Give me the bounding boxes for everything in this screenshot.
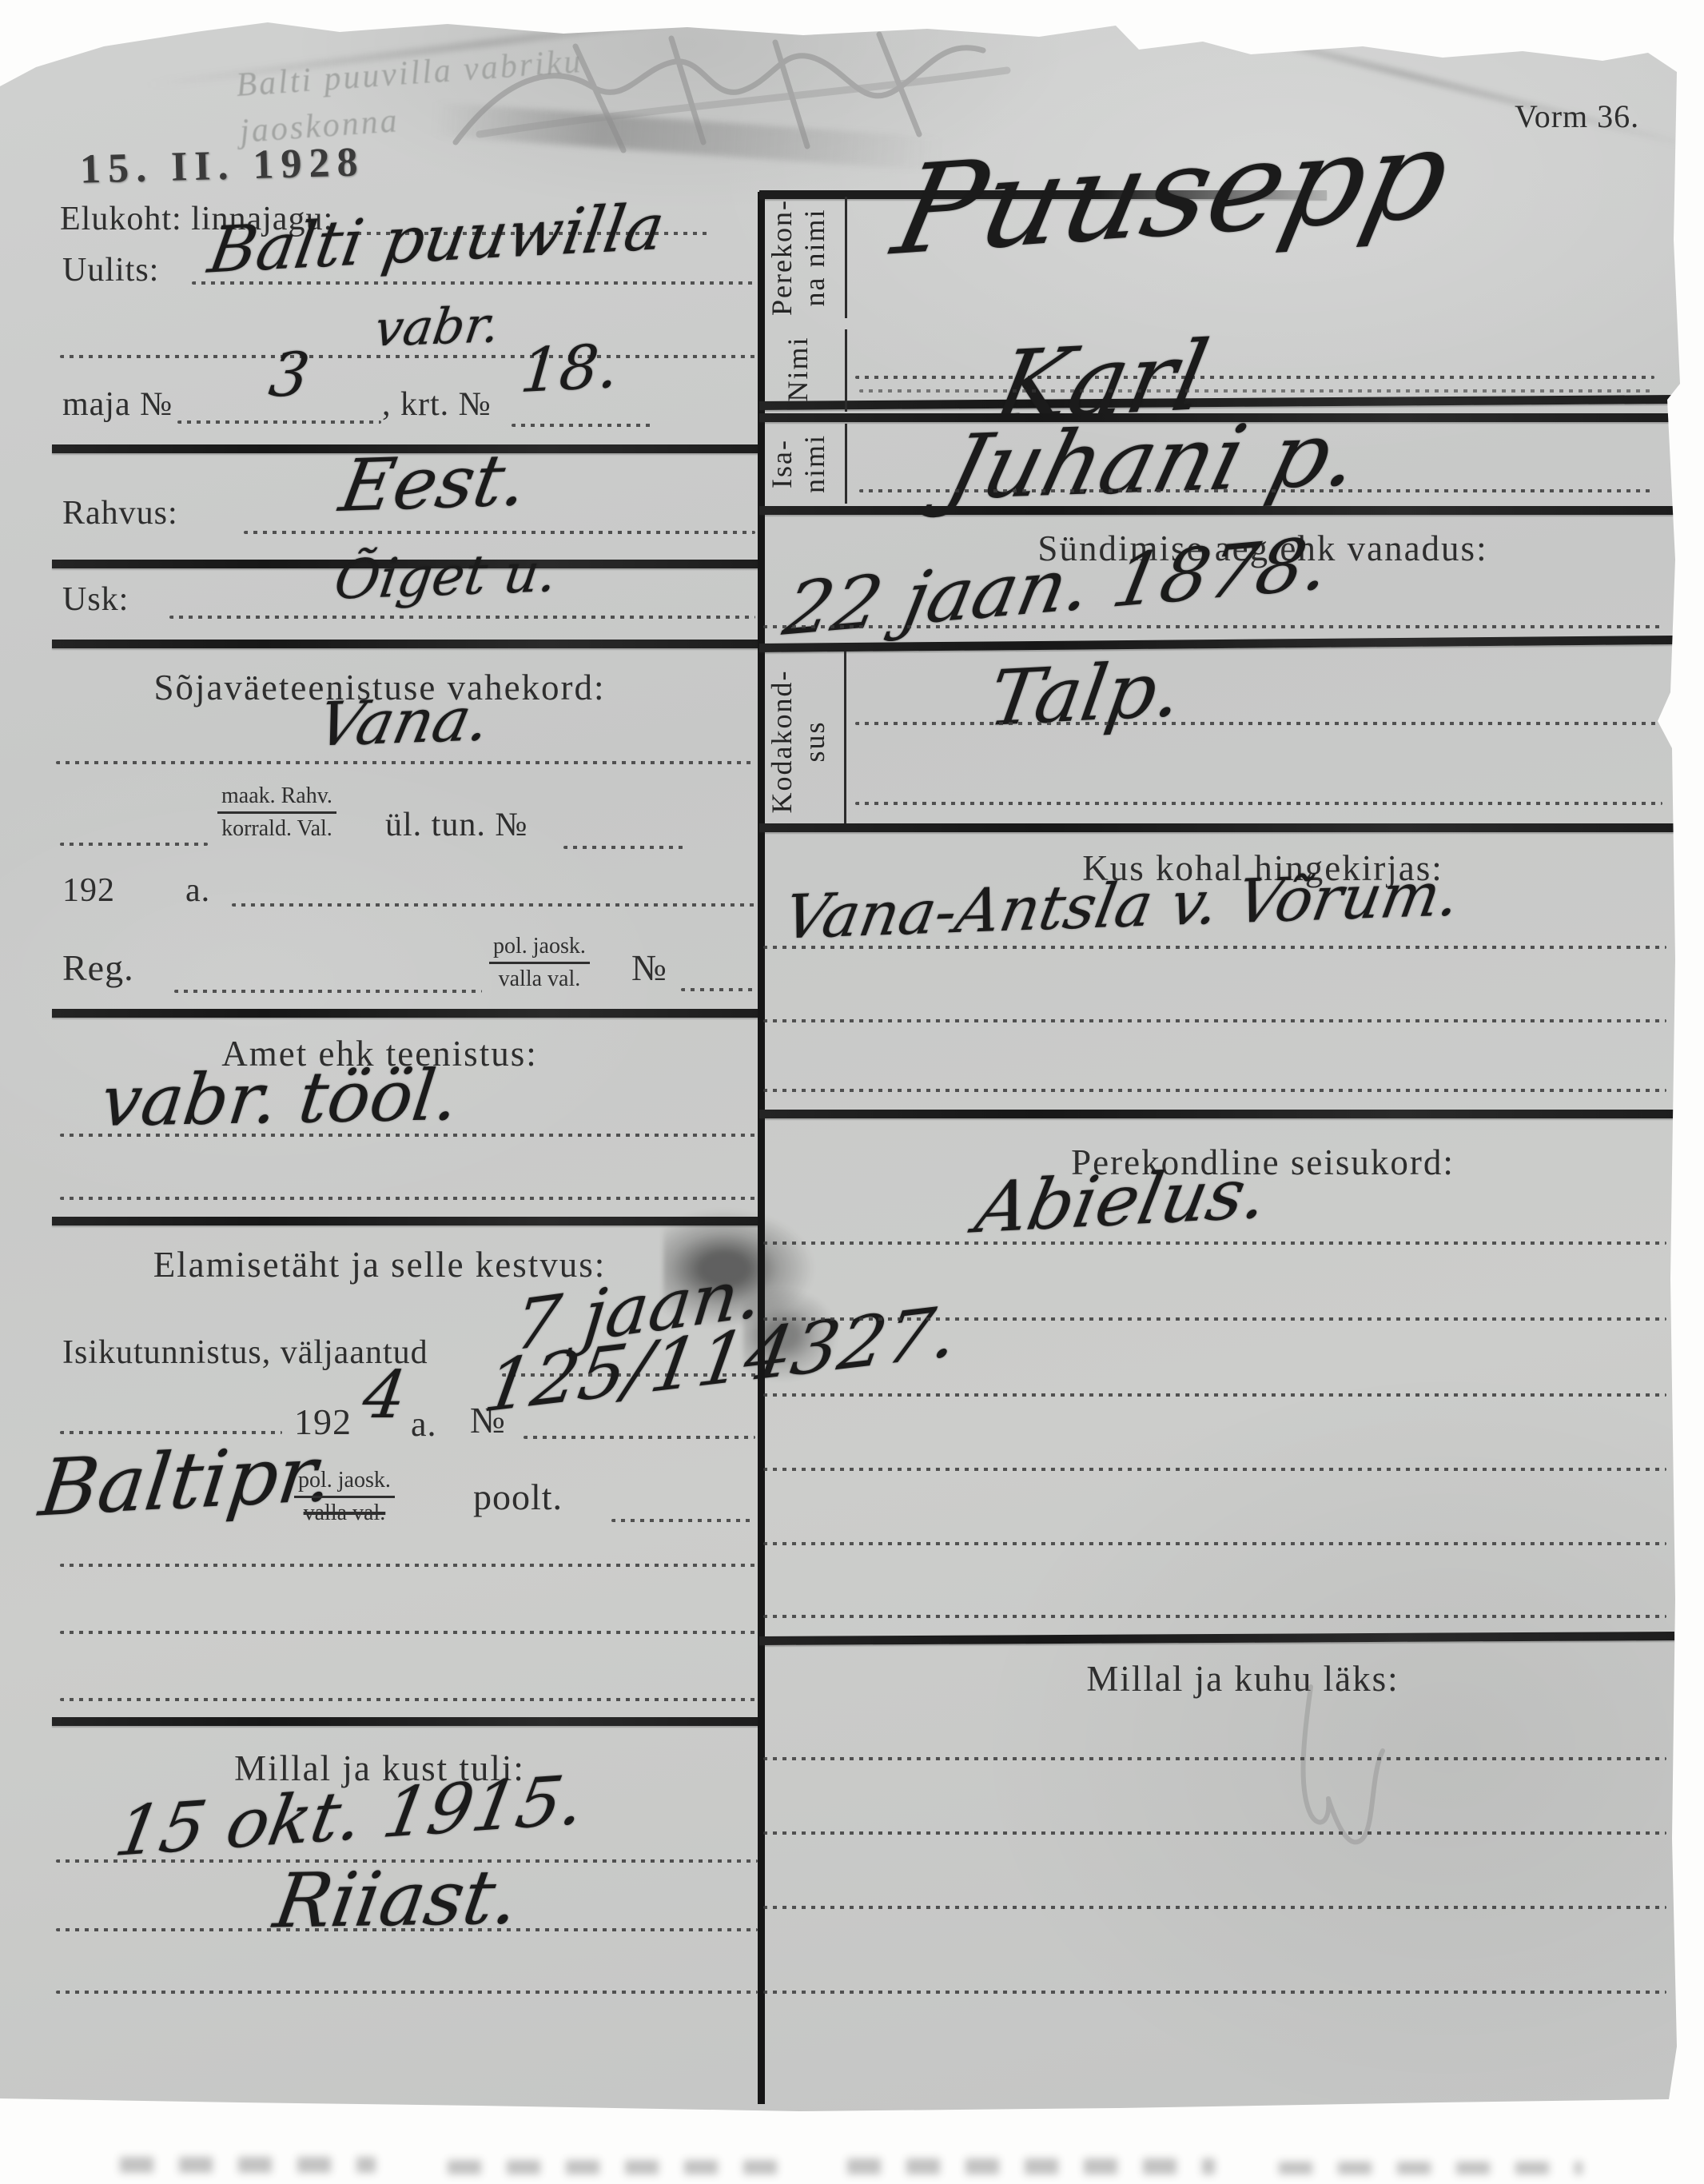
- dotted-line: [60, 1197, 757, 1200]
- dotted-line: [60, 1564, 755, 1567]
- usk-value: Õiget u.: [331, 541, 561, 612]
- dotted-line: [763, 1317, 1666, 1321]
- dotted-line: [763, 1831, 1666, 1835]
- year-suffix: a.: [185, 871, 210, 910]
- dotted-line: [60, 843, 208, 846]
- dotted-line: [763, 1019, 1666, 1022]
- dotted-line: [611, 1519, 755, 1522]
- krt-value: 18.: [518, 330, 621, 406]
- sojavae-value: Vana.: [312, 683, 497, 759]
- dotted-line: [763, 1615, 1666, 1618]
- nimi-label: Nimi: [782, 326, 814, 412]
- ul-tun-label: ül. tun. №: [385, 806, 528, 844]
- amet-value: vabr. tööl.: [97, 1054, 463, 1142]
- rule-thin-vertical: [845, 197, 847, 318]
- dotted-line: [855, 802, 1662, 805]
- rule-thick: [759, 1632, 1674, 1645]
- dotted-line: [60, 1698, 755, 1701]
- maja-value: 3: [265, 339, 314, 410]
- pol-fraction: pol. jaosk. valla val.: [489, 934, 590, 992]
- rule-thick: [759, 506, 1674, 515]
- dotted-line: [859, 389, 1650, 393]
- dotted-line: [763, 1757, 1666, 1760]
- isanimi-value: Juhani p.: [936, 402, 1371, 520]
- scan-smudge: [847, 2158, 1215, 2174]
- dotted-line: [763, 1241, 1666, 1245]
- usk-label: Usk:: [62, 580, 129, 619]
- dotted-line: [763, 1393, 1666, 1397]
- dotted-line: [60, 1134, 757, 1137]
- dotted-line: [177, 420, 381, 424]
- rule-thin-vertical: [845, 329, 847, 412]
- pol2-fraction: pol. jaosk. valla val.: [294, 1468, 395, 1526]
- rahvus-value: Eest.: [334, 438, 534, 528]
- dotted-line: [56, 1928, 758, 1931]
- maak-fraction: maak. Rahv. korrald. Val.: [217, 783, 336, 842]
- seisukord-value: Abielus.: [969, 1152, 1275, 1249]
- dotted-line: [855, 376, 1654, 379]
- millal-tuli-from: Riiast.: [269, 1854, 525, 1945]
- rule-thin-vertical: [844, 652, 846, 831]
- dotted-line: [763, 1542, 1666, 1545]
- scanned-form-page: Balti puuvilla vabriku jaoskonna 15. II.…: [0, 0, 1704, 2184]
- dotted-line: [563, 846, 683, 849]
- dotted-line: [232, 903, 755, 907]
- paper-sheet: Balti puuvilla vabriku jaoskonna 15. II.…: [0, 0, 1704, 2184]
- form-number: Vorm 36.: [1515, 98, 1639, 135]
- dotted-line: [859, 489, 1650, 492]
- kodakondsus-label: Kodakond- sus: [766, 652, 831, 831]
- uulits-label: Uulits:: [62, 251, 159, 289]
- isanimi-label: Isa- nimi: [766, 422, 831, 505]
- rule-thick: [759, 1110, 1674, 1118]
- reg-label: Reg.: [62, 947, 134, 989]
- poolt-label: poolt.: [473, 1476, 563, 1518]
- dotted-line: [681, 988, 755, 991]
- dotted-line: [60, 355, 755, 358]
- dotted-line: [174, 990, 482, 993]
- kodakondsus-value: Talp.: [983, 644, 1188, 743]
- rule-thick: [52, 1009, 759, 1018]
- scan-smudge: [120, 2157, 376, 2173]
- laks-heading: Millal ja kuhu läks:: [863, 1658, 1622, 1700]
- year2-suffix: a.: [411, 1404, 437, 1445]
- dotted-line: [512, 424, 651, 427]
- dotted-line: [763, 946, 1666, 949]
- uulits-value-2: vabr.: [371, 295, 503, 357]
- rahvus-label: Rahvus:: [62, 494, 178, 532]
- dotted-line: [763, 1468, 1666, 1471]
- dotted-line: [60, 1631, 755, 1634]
- rule-thin-vertical: [845, 424, 847, 504]
- dotted-line: [169, 616, 755, 619]
- dotted-line: [524, 1436, 755, 1439]
- scan-smudge: [1279, 2162, 1583, 2174]
- column-divider: [758, 192, 765, 2104]
- issuer-value: Baltipr.: [35, 1429, 338, 1535]
- dotted-line: [56, 761, 755, 764]
- dotted-line: [244, 531, 755, 534]
- perekonnanimi-label: Perekon- na nimi: [766, 193, 831, 321]
- scan-smudge: [448, 2160, 783, 2174]
- date-stamp: 15. II. 1928: [79, 138, 365, 193]
- dotted-line: [763, 1089, 1666, 1092]
- rule-thick: [759, 823, 1674, 832]
- maja-label: maja №: [62, 385, 173, 424]
- dotted-line: [763, 1906, 1666, 1909]
- dotted-line: [763, 625, 1662, 628]
- dotted-line: [56, 1991, 758, 1994]
- year-label: 192: [62, 871, 115, 910]
- krt-label: , krt. №: [382, 385, 492, 424]
- dotted-line: [763, 1991, 1666, 1994]
- rule-thick: [52, 1717, 759, 1726]
- rule-thick: [52, 1217, 759, 1226]
- rule-thick: [52, 640, 759, 648]
- dotted-line: [855, 722, 1662, 725]
- pencil-mark: [1263, 1679, 1439, 1871]
- dotted-line: [192, 281, 755, 285]
- no-label: №: [631, 947, 667, 989]
